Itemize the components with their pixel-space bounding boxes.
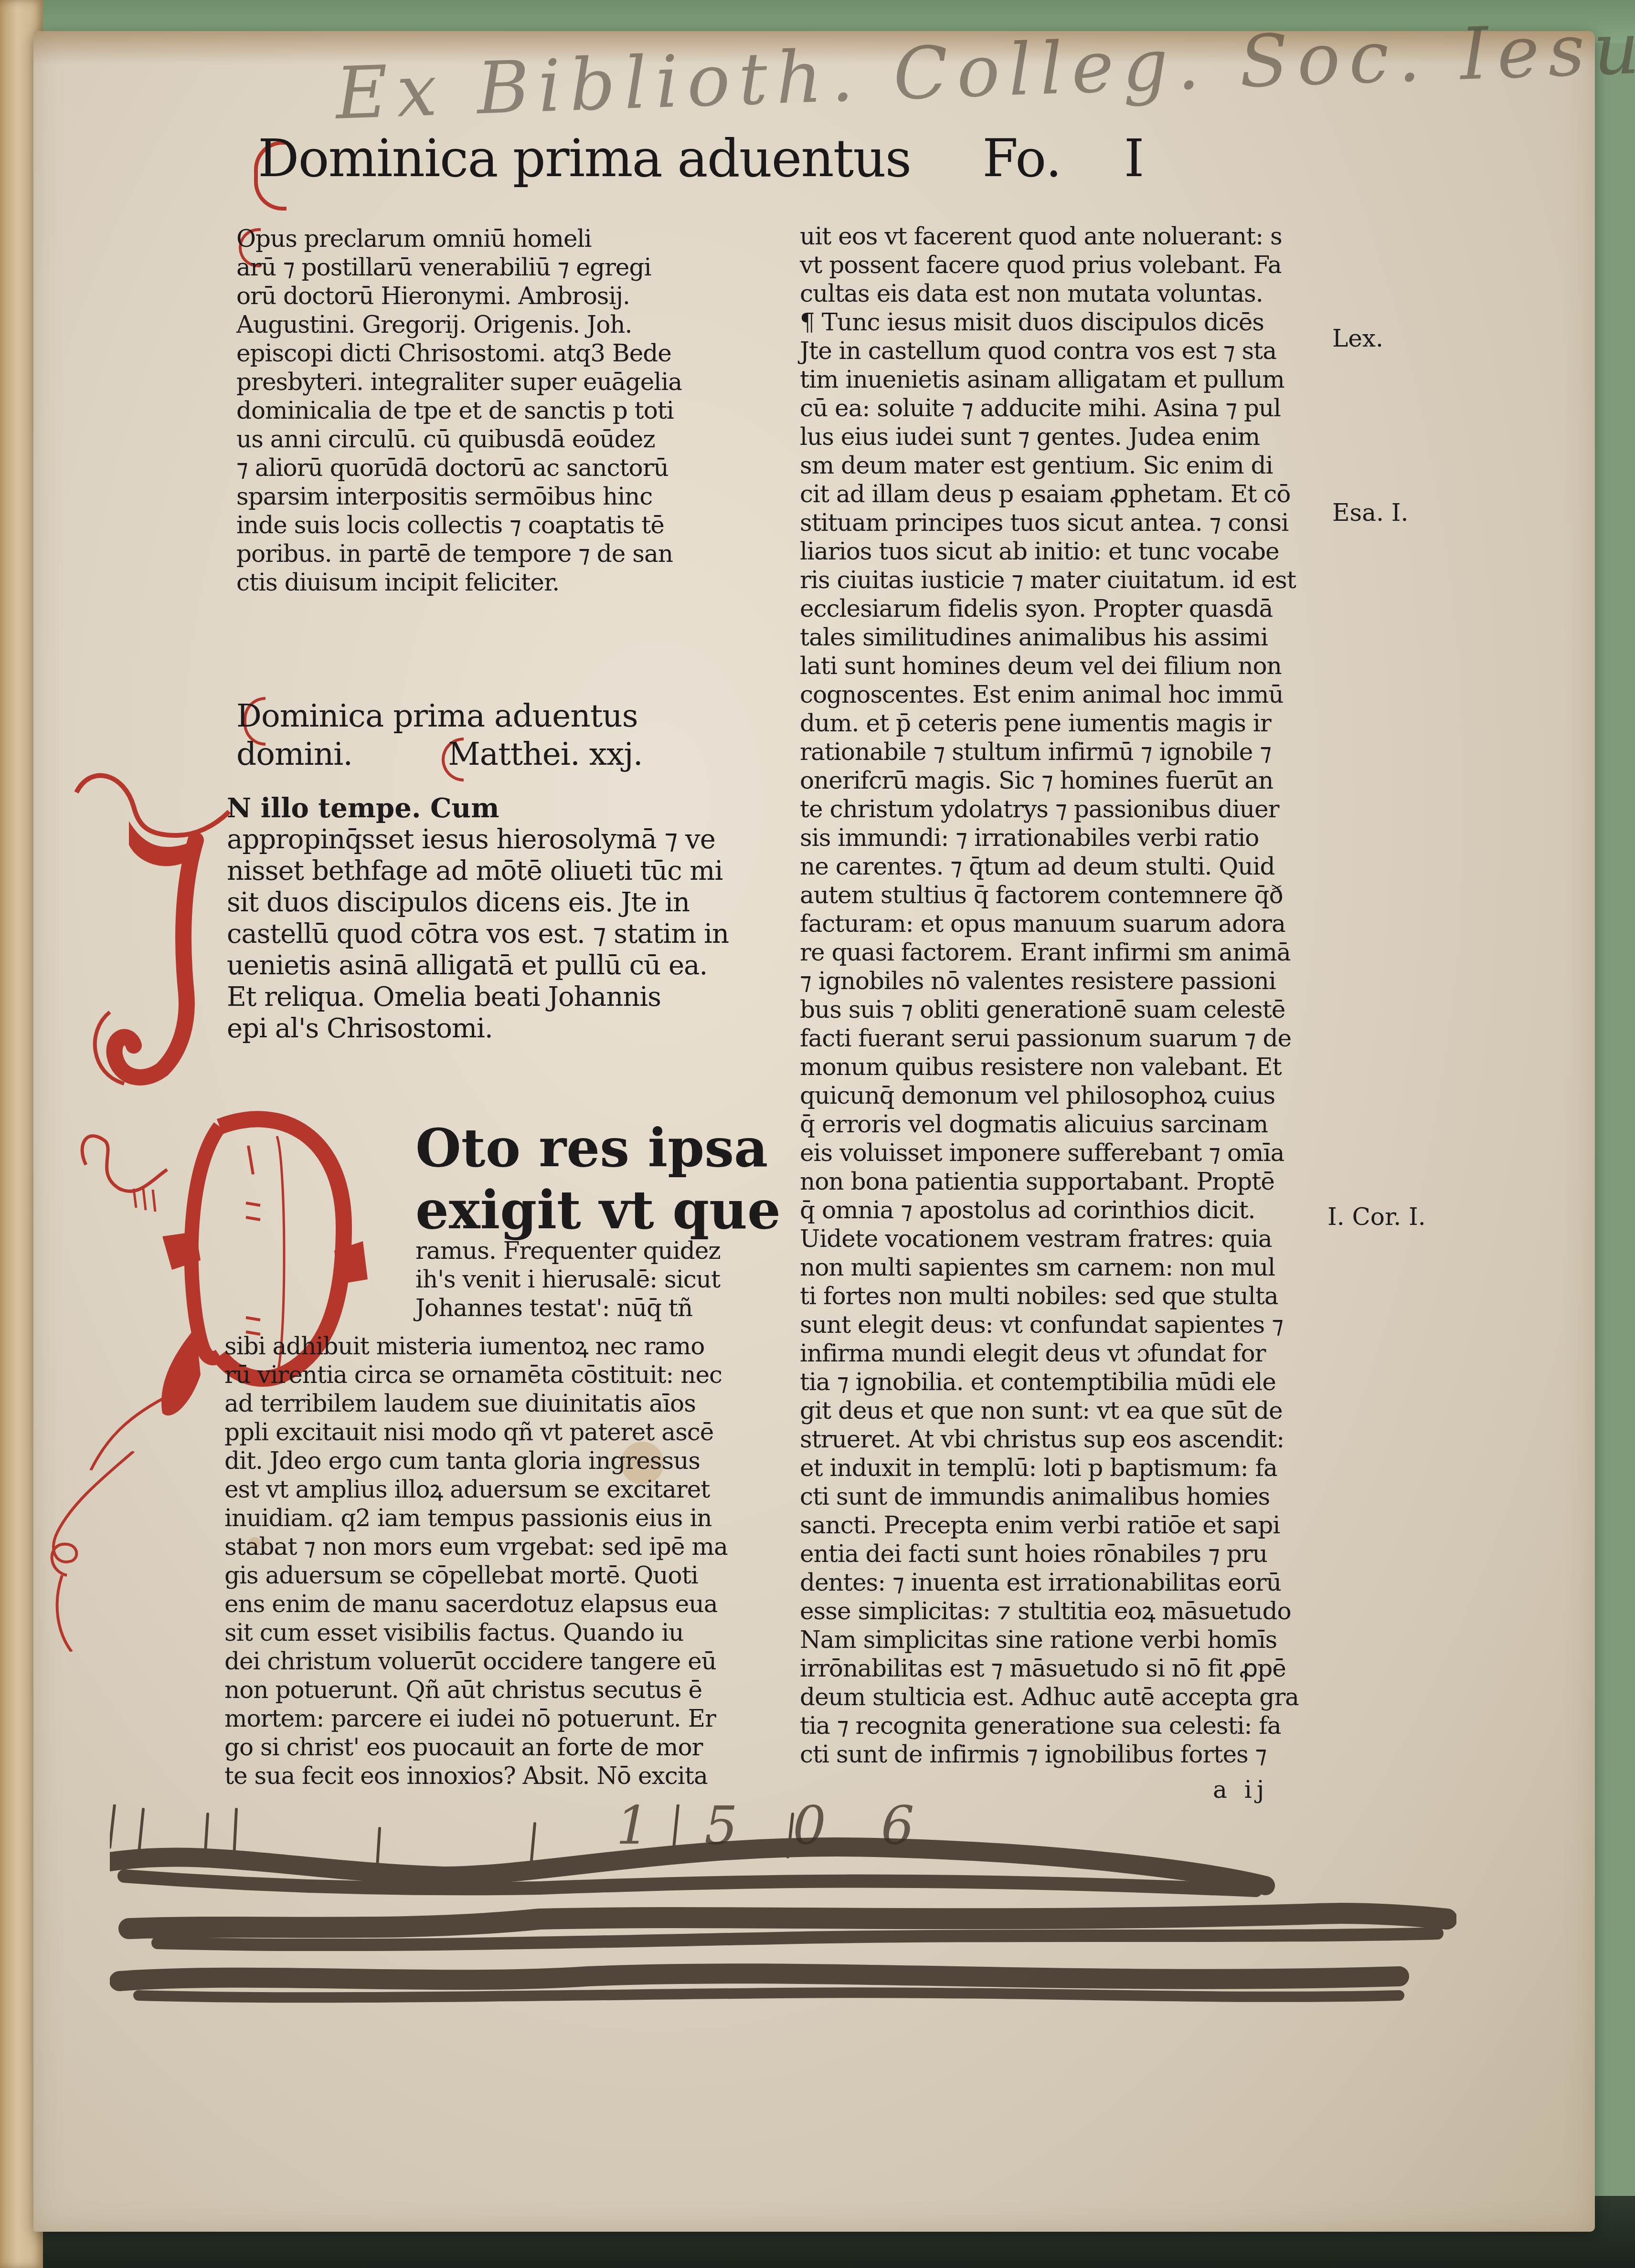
- text-line: sis immundi: ⁊ irrationabiles verbi rati…: [800, 823, 1325, 852]
- signature-mark: a ij: [1213, 1776, 1269, 1804]
- text-line: sit cum esset visibilis factus. Quando i…: [224, 1618, 759, 1647]
- text-line: inuidiam. q2 iam tempus passionis eius i…: [224, 1504, 759, 1532]
- text-line: rū virentia circa se ornamēta cōstituit:…: [224, 1361, 759, 1389]
- text-line: tia ⁊ recognita generatione sua celesti:…: [800, 1711, 1325, 1740]
- text-line: inde suis locis collectis ⁊ coaptatis tē: [236, 511, 752, 539]
- text-line: sancti. Precepta enim verbi ratiōe et sa…: [800, 1511, 1325, 1540]
- text-line: bus suis ⁊ obliti generationē suam celes…: [800, 995, 1325, 1024]
- text-line: strueret. At vbi christus sup eos ascend…: [800, 1425, 1325, 1454]
- section-heading: Dominica prima aduentus domini. Matthei.…: [236, 697, 752, 773]
- text-line: q̄ erroris vel dogmatis alicuius sarcina…: [800, 1110, 1325, 1139]
- homily-incipit-line: Oto res ipsa: [415, 1117, 759, 1179]
- text-line: git deus et que non sunt: vt ea que sūt …: [800, 1396, 1325, 1425]
- text-line: ih's venit i hierusalē: sicut: [415, 1265, 759, 1294]
- gospel-reference: Matthei. xxj.: [448, 736, 643, 772]
- text-line: uenietis asinā alligatā et pullū cū ea.: [227, 950, 757, 981]
- text-line: ⁊ ignobiles nō valentes resistere passio…: [800, 967, 1325, 995]
- text-line: ad terribilem laudem sue diuinitatis aīo…: [224, 1389, 759, 1418]
- text-line: infirma mundi elegit deus vt ɔfundat for: [800, 1339, 1325, 1368]
- text-line: sibi adhibuit misteria iumentoꝝ nec ramo: [224, 1332, 759, 1361]
- homily-body: sibi adhibuit misteria iumentoꝝ nec ramo…: [224, 1332, 759, 1790]
- text-line: est vt amplius illoꝝ aduersum se excitar…: [224, 1475, 759, 1504]
- text-line: ctis diuisum incipit feliciter.: [236, 568, 752, 597]
- heading-line: Dominica prima aduentus: [236, 697, 752, 735]
- text-line: cit ad illam deus p esaiam ꝓphetam. Et c…: [800, 480, 1325, 508]
- text-line: monum quibus resistere non valebant. Et: [800, 1053, 1325, 1081]
- text-line: dum. et p̄ ceteris pene iumentis magis i…: [800, 709, 1325, 738]
- rubric-flourish-tail-icon: [29, 1451, 153, 1652]
- text-line: dei christum voluerūt occidere tangere e…: [224, 1647, 759, 1676]
- text-line: ti fortes non multi nobiles: sed que stu…: [800, 1282, 1325, 1310]
- text-line: castellū quod cōtra vos est. ⁊ statim in: [227, 918, 757, 950]
- marginal-note-corinthians: I. Cor. I.: [1327, 1203, 1426, 1231]
- text-line: stituam principes tuos sicut antea. ⁊ co…: [800, 508, 1325, 537]
- text-line: dit. Jdeo ergo cum tanta gloria ingressu…: [224, 1446, 759, 1475]
- homily-incipit-line: exigit vt que: [415, 1179, 759, 1241]
- text-line: dentes: ⁊ inuenta est irrationabilitas e…: [800, 1568, 1325, 1597]
- text-line: dominicalia de tpe et de sanctis p toti: [236, 396, 752, 425]
- text-line: tim inuenietis asinam alligatam et pullu…: [800, 365, 1325, 394]
- text-line: non multi sapientes sm carnem: non mul: [800, 1253, 1325, 1282]
- text-line: deum stulticia est. Adhuc autē accepta g…: [800, 1683, 1325, 1711]
- text-line: ens enim de manu sacerdotuz elapsus eua: [224, 1590, 759, 1618]
- text-line: facturam: et opus manuum suarum adora: [800, 909, 1325, 938]
- gospel-incipit: N illo tempe. Cum: [227, 792, 757, 824]
- text-line: poribus. in partē de tempore ⁊ de san: [236, 539, 752, 568]
- text-line: onerifcrū magis. Sic ⁊ homines fuerūt an: [800, 766, 1325, 795]
- text-line: episcopi dicti Chrisostomi. atq3 Bede: [236, 339, 752, 368]
- text-line: ne carentes. ⁊ q̄tum ad deum stulti. Qui…: [800, 852, 1325, 881]
- text-line: cti sunt de immundis animalibus homies: [800, 1482, 1325, 1511]
- text-line: appropinq̄sset iesus hierosolymā ⁊ ve: [227, 824, 757, 855]
- text-line: facti fuerant serui passionum suarum ⁊ d…: [800, 1024, 1325, 1053]
- text-line: orū doctorū Hieronymi. Ambrosij.: [236, 282, 752, 310]
- text-line: Nam simplicitas sine ratione verbi homīs: [800, 1625, 1325, 1654]
- right-column: uit eos vt facerent quod ante noluerant:…: [800, 222, 1325, 1797]
- preface-block: Opus preclarum omniū homeli arū ⁊ postil…: [236, 224, 752, 597]
- text-line: cultas eis data est non mutata voluntas.: [800, 279, 1325, 308]
- text-line: cti sunt de infirmis ⁊ ignobilibus forte…: [800, 1740, 1325, 1769]
- text-line: lati sunt homines deum vel dei filium no…: [800, 652, 1325, 680]
- text-line: sunt elegit deus: vt confundat sapientes…: [800, 1310, 1325, 1339]
- text-line: ris ciuitas iusticie ⁊ mater ciuitatum. …: [800, 566, 1325, 594]
- homily-indented-lines: ramus. Frequenter quidez ih's venit i hi…: [415, 1236, 759, 1322]
- text-line: sit duos discipulos dicens eis. Jte in: [227, 887, 757, 918]
- text-line: Opus preclarum omniū homeli: [236, 224, 752, 253]
- text-line: Uidete vocationem vestram fratres: quia: [800, 1224, 1325, 1253]
- text-line: ⁊ aliorū quorūdā doctorū ac sanctorū: [236, 454, 752, 482]
- text-line: lus eius iudei sunt ⁊ gentes. Judea enim: [800, 422, 1325, 451]
- text-line: arū ⁊ postillarū venerabiliū ⁊ egregi: [236, 253, 752, 282]
- text-line: quicunq̄ demonum vel philosophoꝝ cuius: [800, 1081, 1325, 1110]
- text-line: Et reliqua. Omelia beati Johannis: [227, 981, 757, 1013]
- gospel-pericope: N illo tempe. Cum appropinq̄sset iesus h…: [227, 792, 757, 1044]
- ink-strikeout-scribble: [110, 1804, 1456, 2010]
- text-line: ecclesiarum fidelis syon. Propter quasdā: [800, 594, 1325, 623]
- running-head: Dominica prima aduentus Fo. I: [258, 129, 1285, 215]
- text-line: eis voluisset imponere sufferebant ⁊ omī…: [800, 1139, 1325, 1167]
- text-line: Jte in castellum quod contra vos est ⁊ s…: [800, 337, 1325, 365]
- text-line: stabat ⁊ non mors eum vrgebat: sed ipē m…: [224, 1532, 759, 1561]
- text-line: sparsim interpositis sermōibus hinc: [236, 482, 752, 511]
- text-line: tia ⁊ ignobilia. et contemptibilia mūdi …: [800, 1368, 1325, 1396]
- rubricated-initial-I-icon: [72, 764, 234, 1088]
- marginal-note-lex: Lex.: [1332, 325, 1383, 352]
- text-line: sm deum mater est gentium. Sic enim di: [800, 451, 1325, 480]
- marginal-note-esaias: Esa. I.: [1332, 499, 1408, 527]
- text-line: tales similitudines animalibus his assim…: [800, 623, 1325, 652]
- text-line: epi al's Chrisostomi.: [227, 1013, 757, 1044]
- text-line: presbyteri. integraliter super euāgelia: [236, 368, 752, 396]
- text-line: irrōnabilitas est ⁊ māsuetudo si nō fit …: [800, 1654, 1325, 1683]
- homily-incipit: Oto res ipsa exigit vt que: [415, 1117, 759, 1241]
- text-line: Johannes testat': nūq̄ tñ: [415, 1294, 759, 1322]
- text-line: uit eos vt facerent quod ante noluerant:…: [800, 222, 1325, 251]
- text-line: non bona patientia supportabant. Proptē: [800, 1167, 1325, 1196]
- text-line: go si christ' eos puocauit an forte de m…: [224, 1733, 759, 1762]
- folio-number: I: [1124, 129, 1145, 189]
- text-line: esse simplicitas: ⁊ stultitia eoꝝ māsuet…: [800, 1597, 1325, 1625]
- text-line: entia dei facti sunt hoies rōnabiles ⁊ p…: [800, 1540, 1325, 1568]
- text-line: te sua fecit eos innoxios? Absit. Nō exc…: [224, 1762, 759, 1790]
- text-line: liarios tuos sicut ab initio: et tunc vo…: [800, 537, 1325, 566]
- text-line: ppli excitauit nisi modo qñ vt pateret a…: [224, 1418, 759, 1446]
- text-line: re quasi factorem. Erant infirmi sm anim…: [800, 938, 1325, 967]
- text-line: us anni circulū. cū quibusdā eoūdez: [236, 425, 752, 454]
- text-line: Augustini. Gregorij. Origenis. Joh.: [236, 310, 752, 339]
- running-head-title: Dominica prima aduentus: [258, 129, 911, 189]
- text-line: ramus. Frequenter quidez: [415, 1236, 759, 1265]
- text-line: ¶ Tunc iesus misit duos discipulos dicēs: [800, 308, 1325, 337]
- text-line: q̄ omnia ⁊ apostolus ad corinthios dicit…: [800, 1196, 1325, 1224]
- heading-line: domini. Matthei. xxj.: [236, 735, 752, 773]
- text-line: rationabile ⁊ stultum infirmū ⁊ ignobile…: [800, 738, 1325, 766]
- text-line: mortem: parcere ei iudei nō potuerunt. E…: [224, 1704, 759, 1733]
- text-line: et induxit in templū: loti p baptismum: …: [800, 1454, 1325, 1482]
- text-line: vt possent facere quod prius volebant. F…: [800, 251, 1325, 279]
- text-line: non potuerunt. Qñ aūt christus secutus ē: [224, 1676, 759, 1704]
- text-line: nisset bethfage ad mōtē oliueti tūc mi: [227, 855, 757, 887]
- folio-label: Fo.: [982, 129, 1062, 189]
- text-line: te christum ydolatrys ⁊ passionibus diue…: [800, 795, 1325, 823]
- text-line: gis aduersum se cōpellebat mortē. Quoti: [224, 1561, 759, 1590]
- text-line: autem stultius q̄ factorem contemnere q̄…: [800, 881, 1325, 909]
- heading-domini: domini.: [236, 736, 352, 772]
- text-line: cognoscentes. Est enim animal hoc immū: [800, 680, 1325, 709]
- text-line: cū ea: soluite ⁊ adducite mihi. Asina ⁊ …: [800, 394, 1325, 422]
